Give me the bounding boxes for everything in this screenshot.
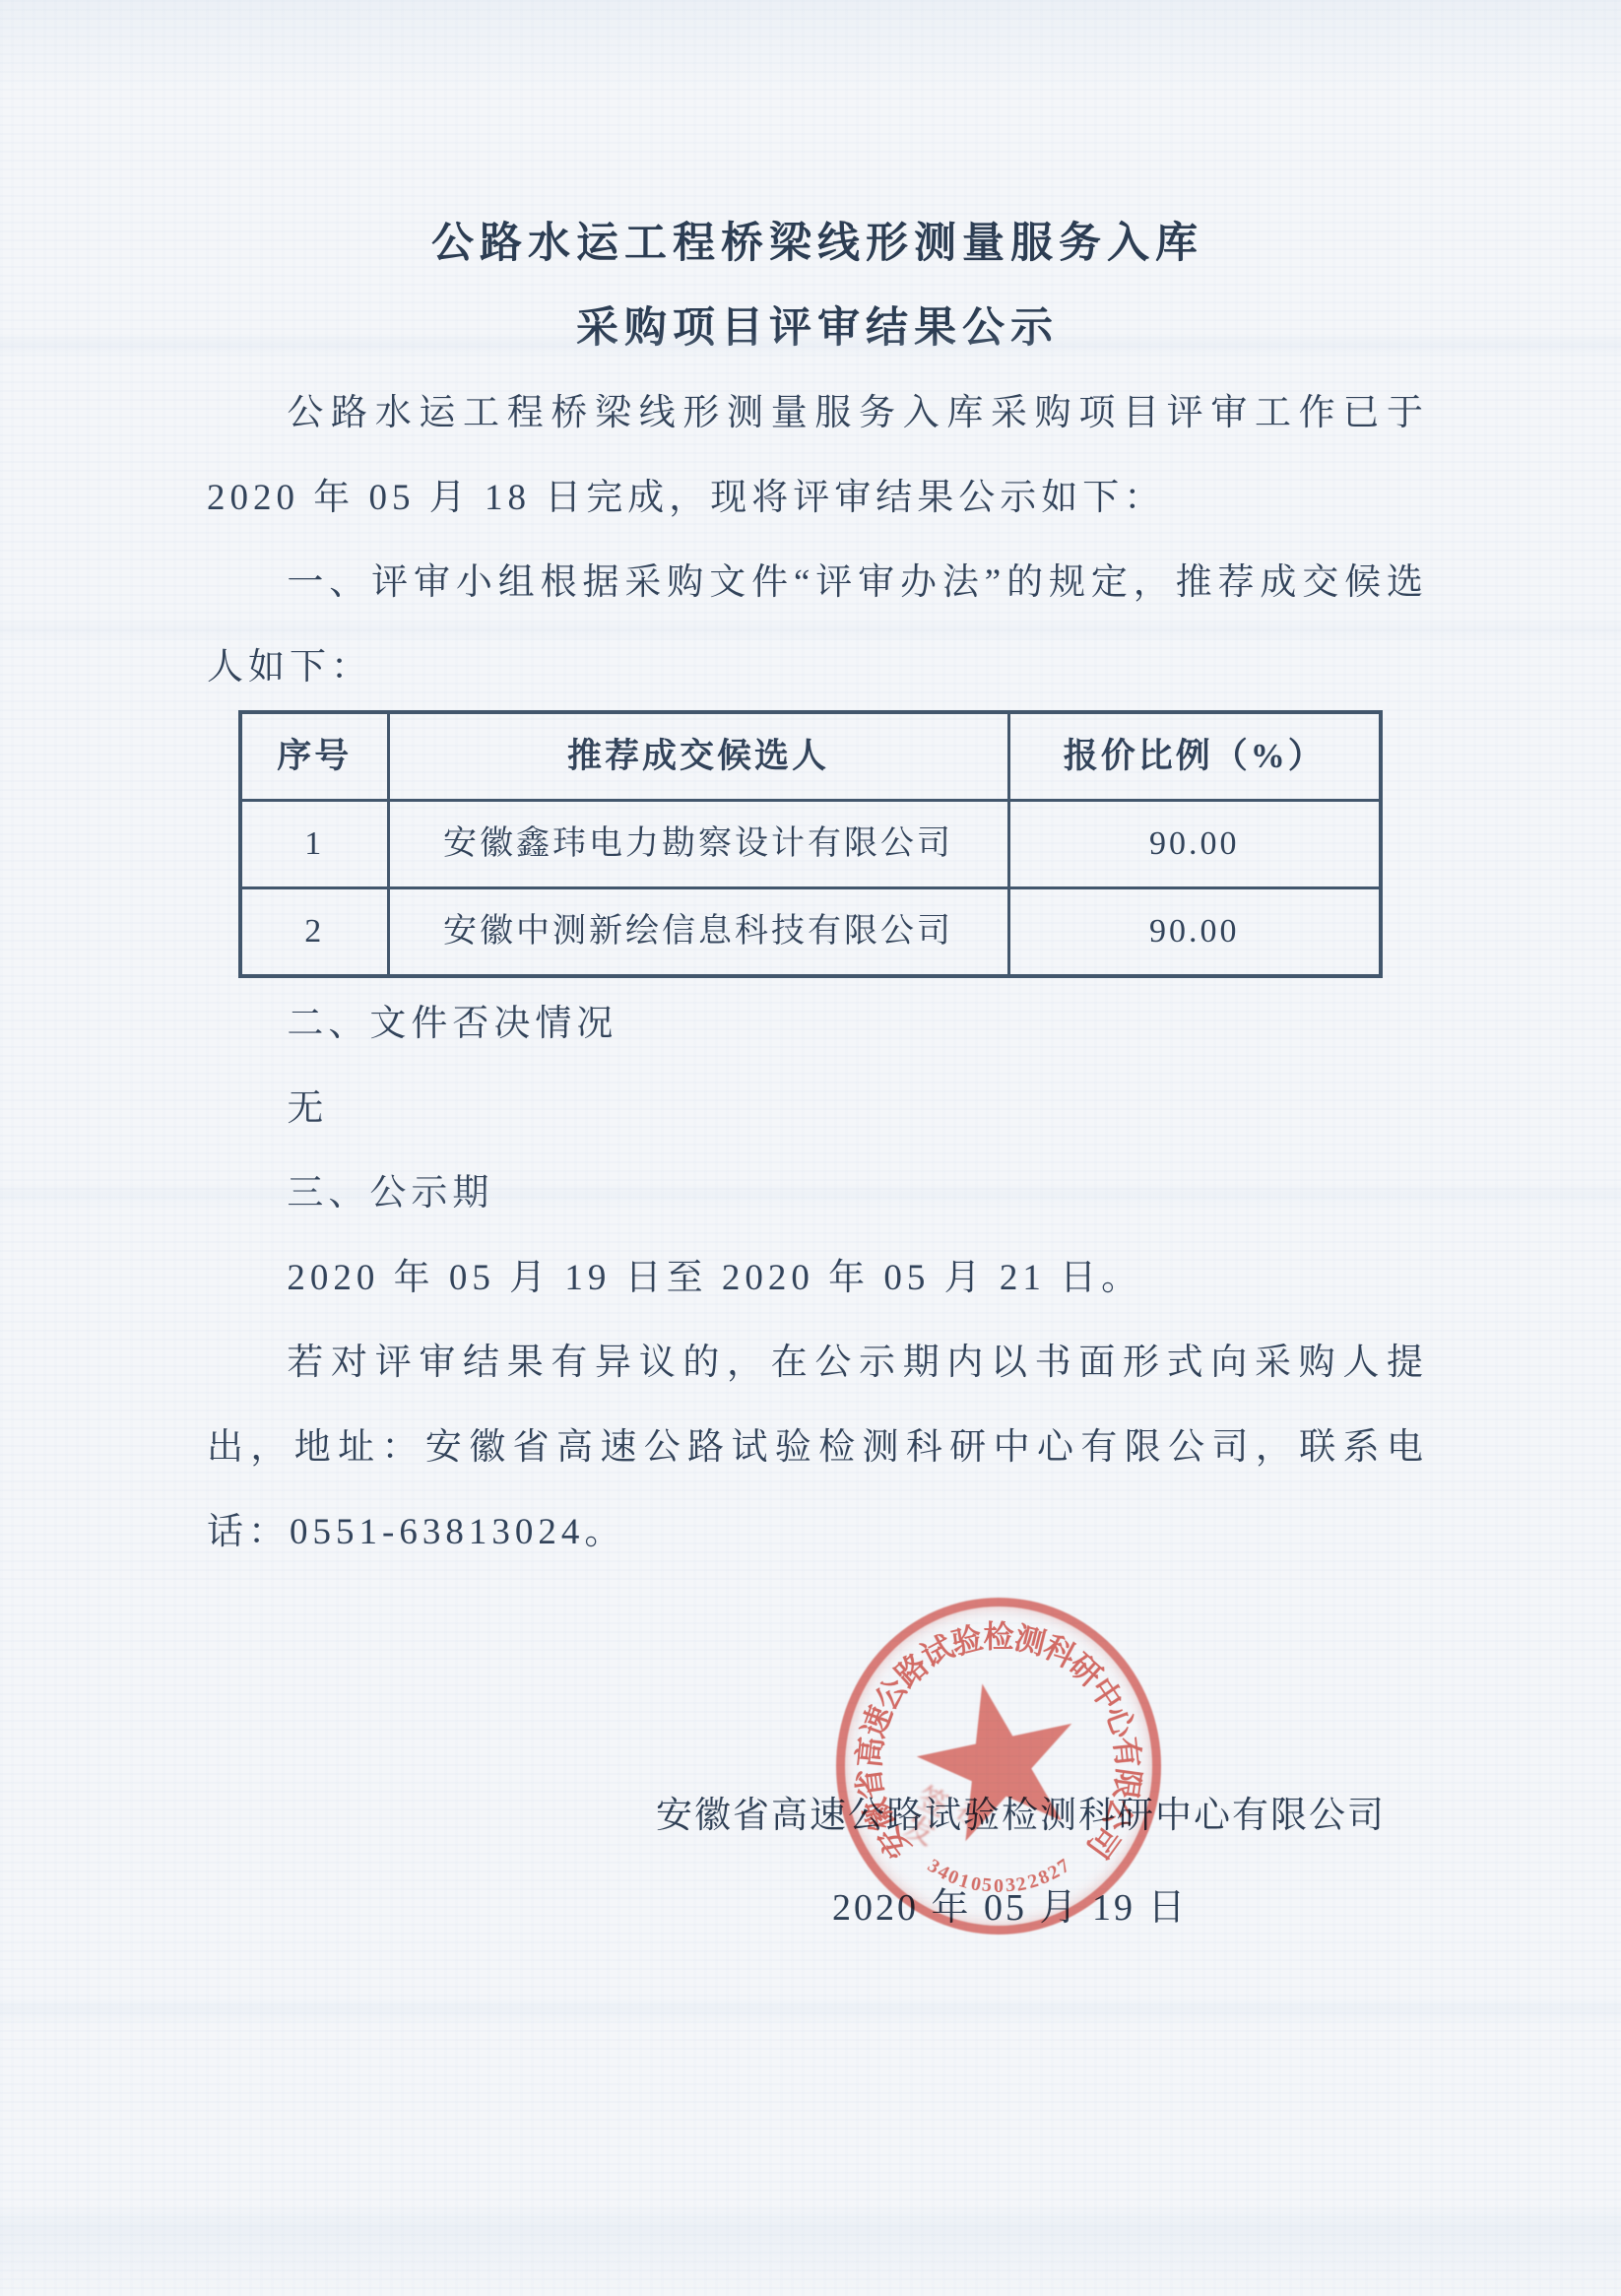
table-row: 2安徽中测新绘信息科技有限公司90.00 [240, 888, 1381, 977]
table-row: 1安徽鑫玮电力勘察设计有限公司90.00 [240, 801, 1381, 888]
section2-heading: 二、文件否决情况 [207, 982, 1428, 1067]
table-cell: 安徽中测新绘信息科技有限公司 [388, 888, 1008, 977]
section1-paragraph: 一、评审小组根据采购文件“评审办法”的规定，推荐成交候选人如下： [207, 541, 1428, 710]
doc-title-line1: 公路水运工程桥梁线形测量服务入库 [207, 202, 1428, 287]
objection-paragraph: 若对评审结果有异议的，在公示期内以书面形式向采购人提出，地址：安徽省高速公路试验… [207, 1321, 1428, 1575]
signature-date: 2020 年 05 月 19 日 [832, 1876, 1189, 1931]
doc-title-line2: 采购项目评审结果公示 [207, 287, 1428, 371]
table-cell: 90.00 [1008, 888, 1381, 977]
section3-heading: 三、公示期 [207, 1151, 1428, 1236]
table-cell: 90.00 [1008, 801, 1381, 888]
section3-body: 2020 年 05 月 19 日至 2020 年 05 月 21 日。 [207, 1236, 1428, 1321]
intro-paragraph: 公路水运工程桥梁线形测量服务入库采购项目评审工作已于 2020 年 05 月 1… [207, 371, 1428, 541]
col-header-index: 序号 [240, 712, 388, 801]
candidates-table: 序号 推荐成交候选人 报价比例（%） 1安徽鑫玮电力勘察设计有限公司90.002… [238, 710, 1383, 978]
document-body: 公路水运工程桥梁线形测量服务入库 采购项目评审结果公示 公路水运工程桥梁线形测量… [0, 0, 1621, 1575]
section2-body: 无 [207, 1067, 1428, 1151]
document-page: 公路水运工程桥梁线形测量服务入库 采购项目评审结果公示 公路水运工程桥梁线形测量… [0, 0, 1621, 2296]
table-header-row: 序号 推荐成交候选人 报价比例（%） [240, 712, 1381, 801]
col-header-candidate: 推荐成交候选人 [388, 712, 1008, 801]
table-cell: 1 [240, 801, 388, 888]
table-cell: 2 [240, 888, 388, 977]
table-cell: 安徽鑫玮电力勘察设计有限公司 [388, 801, 1008, 888]
seal-star-icon: ★ [886, 1641, 1111, 1882]
signature-company: 安徽省高速公路试验检测科研中心有限公司 [656, 1785, 1386, 1838]
col-header-price-ratio: 报价比例（%） [1008, 712, 1381, 801]
